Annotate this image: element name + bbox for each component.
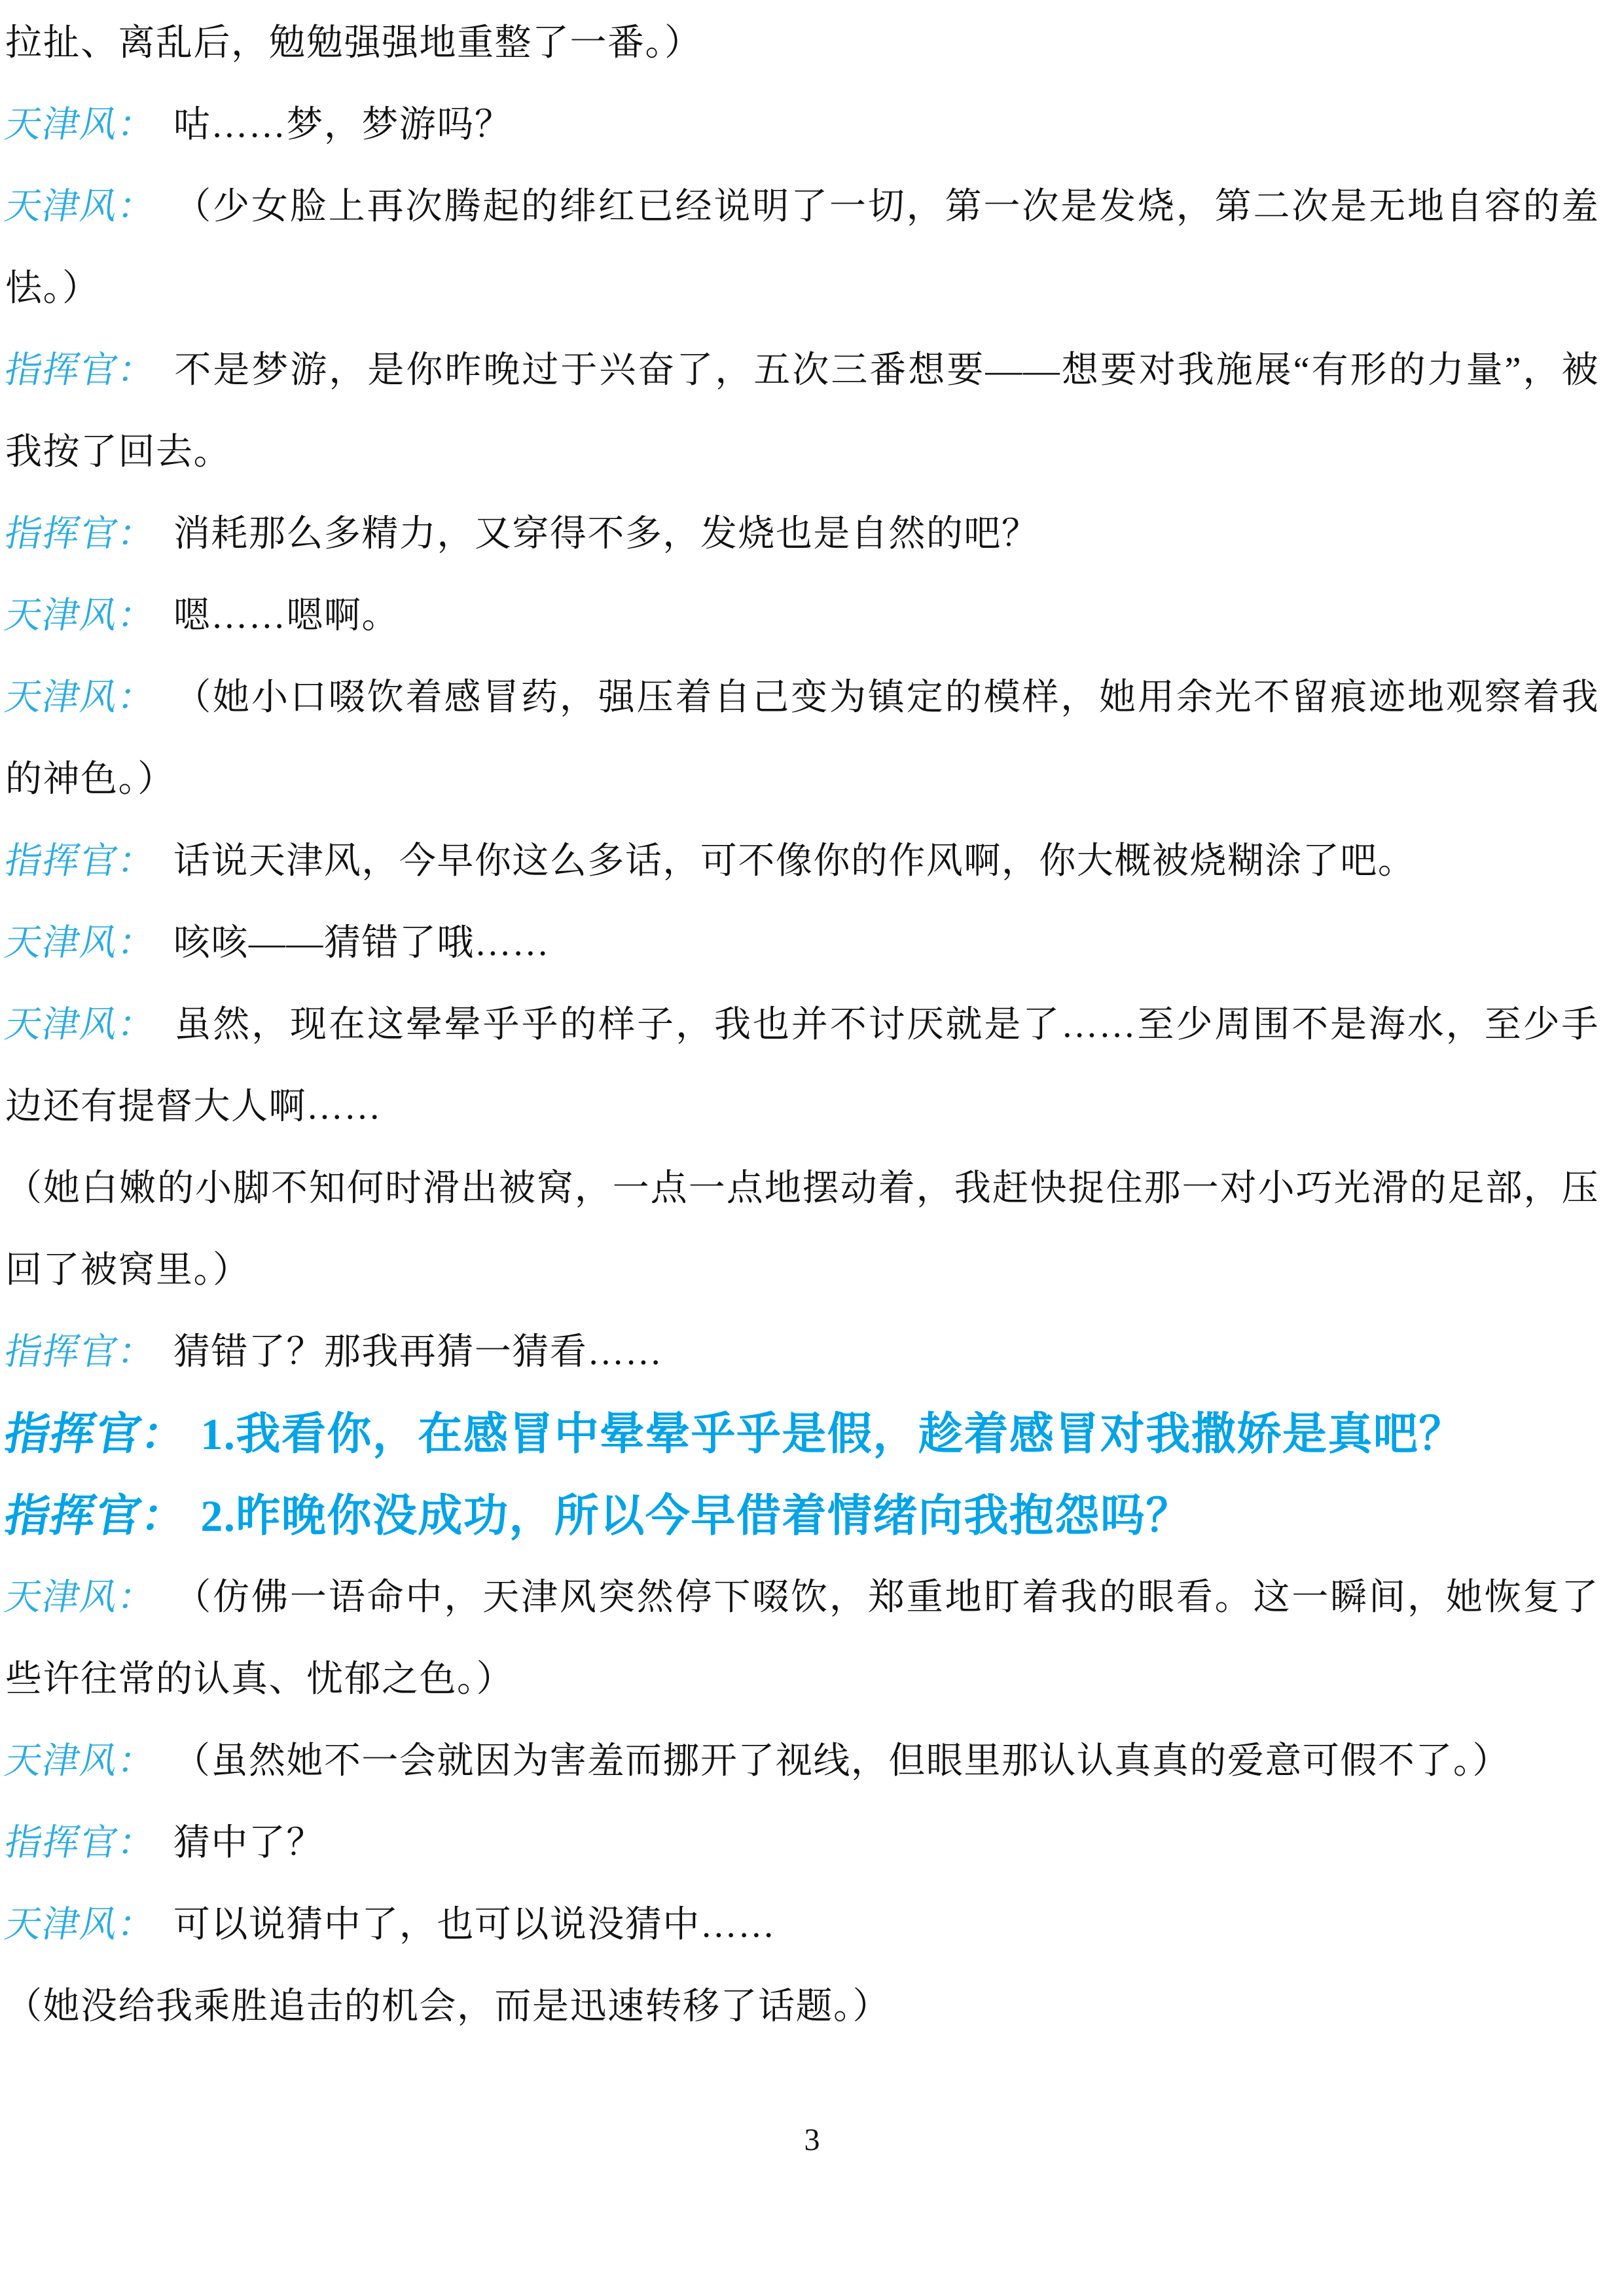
dialogue-text: 2.昨晚你没成功，所以今早借着情绪向我抱怨吗？ — [200, 1491, 1191, 1541]
dialogue-text: 可以说猜中了，也可以说没猜中…… — [173, 1905, 776, 1945]
dialogue-text: （少女脸上再次腾起的绯红已经说明了一切，第一次是发烧，第二次是无地自容的羞怯。） — [5, 187, 1599, 309]
dialogue-paragraph: 天津风：（少女脸上再次腾起的绯红已经说明了一切，第一次是发烧，第二次是无地自容的… — [5, 166, 1599, 330]
speaker-label: 天津风： — [0, 657, 163, 739]
page-number: 3 — [0, 2122, 1624, 2158]
dialogue-text: 咕……梦，梦游吗？ — [173, 105, 513, 145]
dialogue-text: 不是梦游，是你昨晚过于兴奋了，五次三番想要——想要对我施展“有形的力量”，被我按… — [5, 350, 1599, 473]
dialogue-paragraph: 天津风：虽然，现在这晕晕乎乎的样子，我也并不讨厌就是了……至少周围不是海水，至少… — [5, 984, 1599, 1148]
dialogue-paragraph: （她白嫩的小脚不知何时滑出被窝，一点一点地摆动着，我赶快捉住那一对小巧光滑的足部… — [5, 1148, 1599, 1312]
dialogue-paragraph: 指挥官：话说天津风，今早你这么多话，可不像你的作风啊，你大概被烧糊涂了吧。 — [5, 821, 1599, 903]
dialogue-text: 拉扯、离乱后，勉勉强强地重整了一番。） — [5, 23, 702, 63]
document-page: 拉扯、离乱后，勉勉强强地重整了一番。） 天津风：咕……梦，梦游吗？ 天津风：（少… — [0, 0, 1624, 2296]
speaker-label: 指挥官： — [0, 1475, 194, 1557]
dialogue-text: （虽然她不一会就因为害羞而挪开了视线，但眼里那认认真真的爱意可假不了。） — [173, 1741, 1510, 1782]
speaker-label: 天津风： — [0, 984, 163, 1066]
dialogue-text: 咳咳——猜错了哦…… — [173, 923, 550, 963]
dialogue-paragraph: 天津风：可以说猜中了，也可以说没猜中…… — [5, 1884, 1599, 1966]
speaker-label: 天津风： — [0, 84, 163, 166]
speaker-label: 天津风： — [0, 1721, 163, 1803]
speaker-label: 指挥官： — [0, 1312, 163, 1393]
dialogue-paragraph: 天津风：咕……梦，梦游吗？ — [5, 84, 1599, 166]
speaker-label: 指挥官： — [0, 1803, 163, 1884]
dialogue-text: 虽然，现在这晕晕乎乎的样子，我也并不讨厌就是了……至少周围不是海水，至少手边还有… — [5, 1005, 1599, 1127]
dialogue-text: （她小口啜饮着感冒药，强压着自己变为镇定的模样，她用余光不留痕迹地观察着我的神色… — [5, 677, 1599, 800]
dialogue-paragraph: 天津风：咳咳——猜错了哦…… — [5, 903, 1599, 984]
dialogue-paragraph: 指挥官：猜错了？那我再猜一猜看…… — [5, 1312, 1599, 1393]
dialogue-paragraph: 指挥官：不是梦游，是你昨晚过于兴奋了，五次三番想要——想要对我施展“有形的力量”… — [5, 330, 1599, 493]
dialogue-paragraph: 天津风：嗯……嗯啊。 — [5, 575, 1599, 657]
dialogue-text: （仿佛一语命中，天津风突然停下啜饮，郑重地盯着我的眼看。这一瞬间，她恢复了些许往… — [5, 1577, 1599, 1700]
dialogue-paragraph: 拉扯、离乱后，勉勉强强地重整了一番。） — [5, 3, 1599, 84]
dialogue-paragraph: 天津风：（虽然她不一会就因为害羞而挪开了视线，但眼里那认认真真的爱意可假不了。） — [5, 1721, 1599, 1803]
dialogue-text: 嗯……嗯啊。 — [173, 596, 399, 636]
dialogue-paragraph: 指挥官：1.我看你，在感冒中晕晕乎乎是假，趁着感冒对我撒娇是真吧？ — [5, 1393, 1599, 1475]
dialogue-text: 猜中了？ — [173, 1823, 324, 1863]
dialogue-text: 1.我看你，在感冒中晕晕乎乎是假，趁着感冒对我撒娇是真吧？ — [200, 1409, 1464, 1459]
speaker-label: 天津风： — [0, 903, 163, 984]
dialogue-content: 拉扯、离乱后，勉勉强强地重整了一番。） 天津风：咕……梦，梦游吗？ 天津风：（少… — [5, 3, 1599, 2048]
dialogue-text: 话说天津风，今早你这么多话，可不像你的作风啊，你大概被烧糊涂了吧。 — [173, 841, 1416, 882]
dialogue-paragraph: 指挥官：消耗那么多精力，又穿得不多，发烧也是自然的吧？ — [5, 493, 1599, 575]
dialogue-paragraph: 指挥官：2.昨晚你没成功，所以今早借着情绪向我抱怨吗？ — [5, 1475, 1599, 1557]
dialogue-text: （她没给我乘胜追击的机会，而是迅速转移了话题。） — [5, 1986, 890, 2027]
dialogue-text: 猜错了？那我再猜一猜看…… — [173, 1332, 663, 1372]
speaker-label: 天津风： — [0, 166, 163, 248]
dialogue-paragraph: 天津风：（仿佛一语命中，天津风突然停下啜饮，郑重地盯着我的眼看。这一瞬间，她恢复… — [5, 1557, 1599, 1721]
dialogue-paragraph: （她没给我乘胜追击的机会，而是迅速转移了话题。） — [5, 1966, 1599, 2048]
speaker-label: 指挥官： — [0, 821, 163, 903]
speaker-label: 天津风： — [0, 575, 163, 657]
dialogue-paragraph: 天津风：（她小口啜饮着感冒药，强压着自己变为镇定的模样，她用余光不留痕迹地观察着… — [5, 657, 1599, 821]
dialogue-paragraph: 指挥官：猜中了？ — [5, 1803, 1599, 1884]
dialogue-text: （她白嫩的小脚不知何时滑出被窝，一点一点地摆动着，我赶快捉住那一对小巧光滑的足部… — [5, 1168, 1599, 1291]
speaker-label: 指挥官： — [0, 493, 163, 575]
speaker-label: 指挥官： — [0, 330, 163, 412]
speaker-label: 天津风： — [0, 1884, 163, 1966]
dialogue-text: 消耗那么多精力，又穿得不多，发烧也是自然的吧？ — [173, 514, 1039, 554]
speaker-label: 天津风： — [0, 1557, 163, 1639]
speaker-label: 指挥官： — [0, 1393, 194, 1475]
